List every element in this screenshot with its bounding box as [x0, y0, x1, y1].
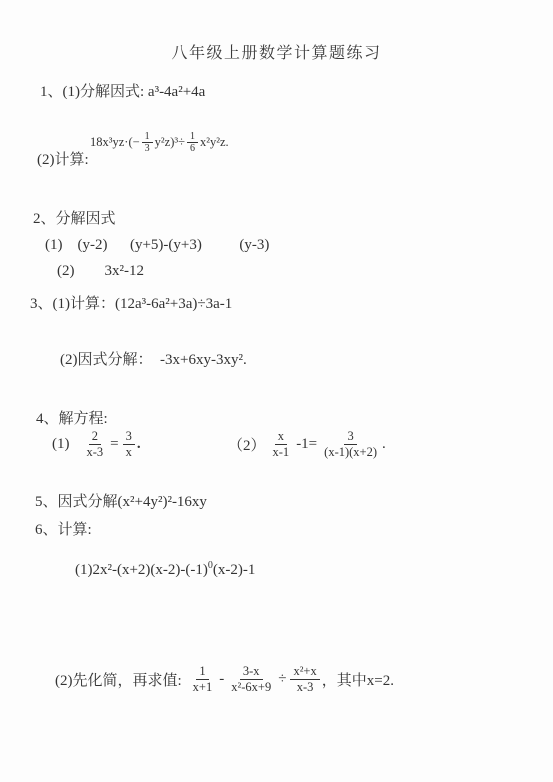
expression-segment: (x-2)-1 — [213, 562, 255, 578]
denominator: x — [123, 445, 135, 459]
q3-part2-line: (2)因式分解： -3x+6xy-3xy². — [60, 348, 247, 369]
q1-part2-label: (2)计算: — [37, 148, 89, 169]
q1-part2-expression: 18x³yz·(− 13 y²z)³÷ 16 x²y²z. — [90, 131, 229, 154]
q2-item1-line: (1) (y-2) (y+5)-(y+3) (y-3) — [45, 237, 269, 254]
expression-segment: x²y²z. — [200, 135, 229, 150]
fraction: 3x — [123, 429, 135, 459]
worksheet-page: 八年级上册数学计算题练习 1、(1)分解因式: a³-4a²+4a (2)计算:… — [0, 0, 553, 782]
fraction: 16 — [187, 131, 198, 154]
q4-equation-1: (1) 2x-3 = 3x . — [52, 427, 141, 461]
numerator: 3-x — [240, 664, 263, 679]
denominator: x-3 — [84, 445, 107, 459]
denominator: x²-6x+9 — [228, 680, 274, 694]
numerator: 1 — [142, 131, 153, 143]
denominator: x-1 — [270, 445, 293, 459]
fraction: 1x+1 — [190, 664, 216, 694]
item-label: (2)先化简，再求值: — [55, 669, 182, 690]
fraction: x²+xx-3 — [290, 664, 319, 694]
denominator: x+1 — [190, 680, 216, 694]
fraction: 3(x-1)(x+2) — [321, 429, 380, 459]
q6-item1-line: (1)2x²-(x+2)(x-2)-(-1)0(x-2)-1 — [60, 545, 255, 596]
expression-segment: y²z)³÷ — [155, 135, 185, 150]
page-title: 八年级上册数学计算题练习 — [0, 40, 553, 63]
q4-equation-2: （2） xx-1 -1= 3(x-1)(x+2) . — [228, 427, 386, 461]
condition-text: ，其中x=2. — [322, 669, 394, 690]
numerator: 3 — [123, 429, 135, 444]
denominator: x-3 — [294, 680, 317, 694]
fraction: 2x-3 — [84, 429, 107, 459]
expression-segment: (1)2x²-(x+2)(x-2)-(-1) — [75, 562, 208, 578]
numerator: x²+x — [290, 664, 319, 679]
operator: -1= — [296, 436, 317, 453]
q4-heading: 4、解方程: — [36, 407, 108, 428]
fraction: xx-1 — [270, 429, 293, 459]
fraction: 13 — [142, 131, 153, 154]
q3-part1-line: 3、(1)计算：(12a³-6a²+3a)÷3a-1 — [30, 292, 232, 313]
numerator: x — [275, 429, 287, 444]
denominator: 6 — [187, 143, 198, 154]
numerator: 2 — [89, 429, 101, 444]
numerator: 1 — [196, 664, 208, 679]
q2-heading: 2、分解因式 — [33, 207, 116, 228]
q2-item2-line: (2) 3x²-12 — [57, 263, 144, 280]
sentence-period: . — [382, 436, 386, 453]
q6-heading: 6、计算: — [35, 518, 92, 539]
item-label: （2） — [228, 434, 266, 455]
numerator: 1 — [187, 131, 198, 143]
operator: = — [110, 436, 118, 453]
expression-segment: 18x³yz·(− — [90, 135, 140, 150]
q1-part1-line: 1、(1)分解因式: a³-4a²+4a — [40, 80, 205, 101]
denominator: 3 — [142, 143, 153, 154]
operator: ÷ — [278, 671, 286, 688]
denominator: (x-1)(x+2) — [321, 445, 380, 459]
sentence-period: . — [137, 436, 141, 453]
q6-item2-expression: (2)先化简，再求值: 1x+1 - 3-xx²-6x+9 ÷ x²+xx-3 … — [55, 660, 394, 698]
item-label: (1) — [52, 436, 70, 453]
numerator: 3 — [344, 429, 356, 444]
operator: - — [219, 671, 224, 688]
fraction: 3-xx²-6x+9 — [228, 664, 274, 694]
q5-line: 5、因式分解(x²+4y²)²-16xy — [35, 490, 207, 511]
